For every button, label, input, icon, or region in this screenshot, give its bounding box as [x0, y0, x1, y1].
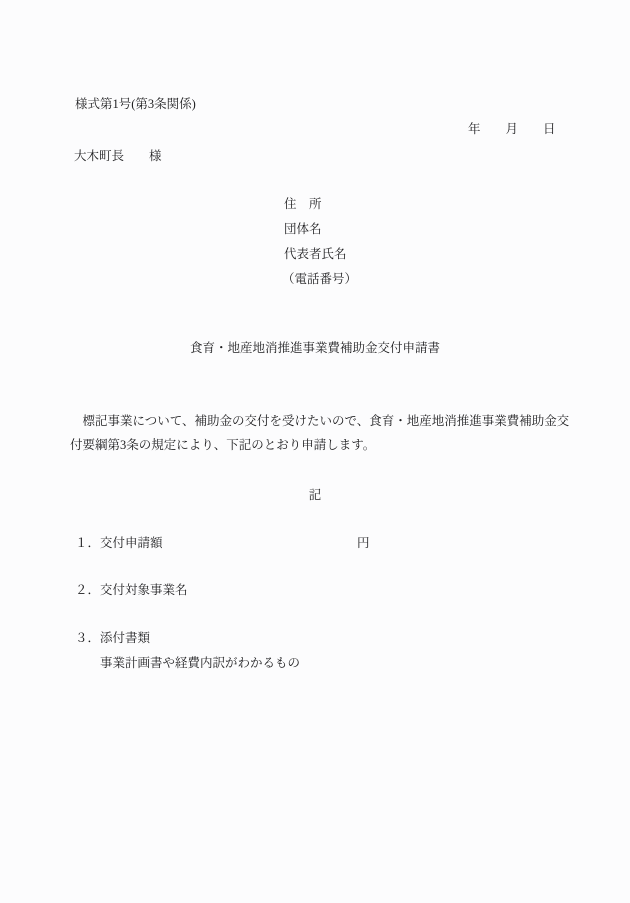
applicant-address-label: 住 所	[284, 197, 322, 211]
applicant-organization-label: 団体名	[284, 222, 322, 236]
applicant-phone-label: （電話番号）	[282, 272, 357, 286]
applicant-representative-label: 代表者氏名	[284, 247, 347, 261]
record-heading: 記	[0, 488, 630, 502]
date-line: 年 月 日	[468, 122, 556, 136]
body-line-2: 付要綱第3条の規定により、下記のとおり申請します。	[70, 438, 375, 452]
item-target-project-name: ２．交付対象事業名	[75, 583, 188, 597]
amount-unit-label: 円	[357, 536, 370, 550]
addressee-line: 大木町長 様	[74, 149, 162, 163]
form-number: 様式第1号(第3条関係)	[75, 97, 196, 111]
item-attached-documents: ３．添付書類	[75, 631, 150, 645]
item-application-amount: １．交付申請額	[75, 536, 163, 550]
body-line-1: 標記事業について、補助金の交付を受けたいので、食育・地産地消推進事業費補助金交	[70, 414, 569, 428]
attached-documents-note: 事業計画書や経費内訳がわかるもの	[100, 656, 300, 670]
document-title: 食育・地産地消推進事業費補助金交付申請書	[0, 341, 630, 355]
document-page: 様式第1号(第3条関係) 年 月 日 大木町長 様 住 所 団体名 代表者氏名 …	[0, 0, 630, 903]
